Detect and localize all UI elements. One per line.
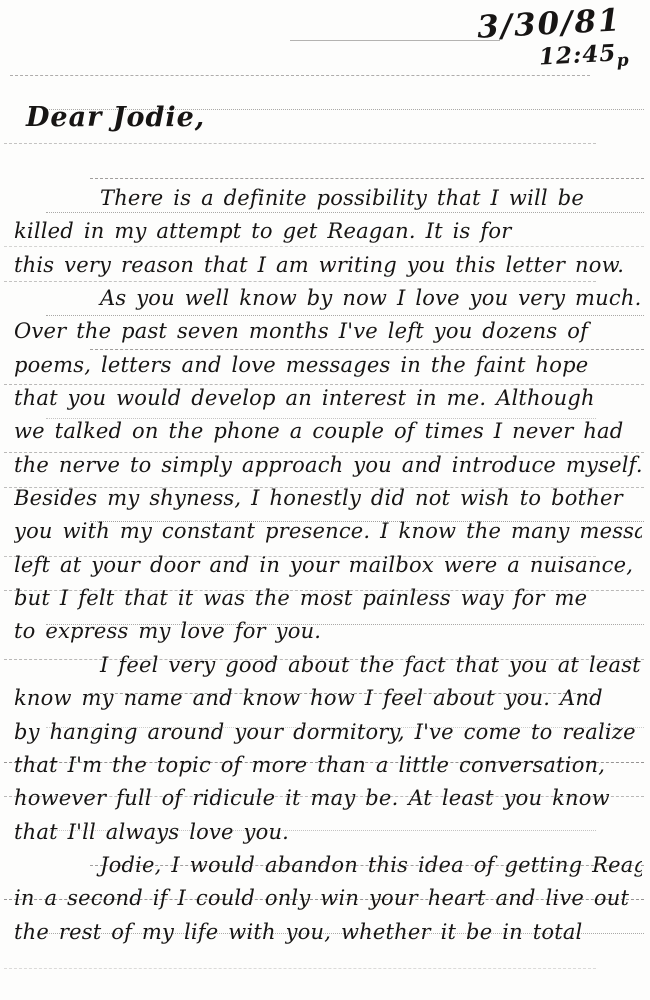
letter-line: you with my constant presence. I know th…: [14, 515, 642, 548]
letter-line: left at your door and in your mailbox we…: [14, 549, 642, 582]
rule-line: [4, 969, 644, 1000]
letter-page: 3/30/81 12:45p Dear Jodie, There is a de…: [0, 0, 650, 1000]
letter-line: the rest of my life with you, whether it…: [14, 916, 642, 949]
letter-line: There is a definite possibility that I w…: [14, 182, 642, 215]
letter-line: that I'm the topic of more than a little…: [14, 749, 642, 782]
letter-line: we talked on the phone a couple of times…: [14, 415, 642, 448]
time-value: 12:45: [538, 40, 617, 71]
letter-line: that I'll always love you.: [14, 816, 642, 849]
greeting: Dear Jodie,: [26, 102, 205, 133]
rule-line: [90, 144, 644, 178]
letter-line: As you well know by now I love you very …: [14, 282, 642, 315]
letter-line: this very reason that I am writing you t…: [14, 249, 642, 282]
letter-body: There is a definite possibility that I w…: [14, 182, 642, 949]
letter-line: Over the past seven months I've left you…: [14, 315, 642, 348]
letter-date: 3/30/81: [476, 2, 622, 46]
letter-line: Jodie, I would abandon this idea of gett…: [14, 849, 642, 882]
letter-line: however full of ridicule it may be. At l…: [14, 782, 642, 815]
rule-line: [290, 7, 500, 41]
letter-line: poems, letters and love messages in the …: [14, 349, 642, 382]
letter-line: killed in my attempt to get Reagan. It i…: [14, 215, 642, 248]
date-time-block: 3/30/81 12:45p: [476, 2, 624, 78]
letter-line: to express my love for you.: [14, 615, 642, 648]
time-suffix: p: [616, 50, 630, 71]
letter-line: Besides my shyness, I honestly did not w…: [14, 482, 642, 515]
letter-line: the nerve to simply approach you and int…: [14, 449, 642, 482]
letter-line: but I felt that it was the most painless…: [14, 582, 642, 615]
letter-line: in a second if I could only win your hea…: [14, 882, 642, 915]
letter-line: by hanging around your dormitory, I've c…: [14, 716, 642, 749]
letter-line: know my name and know how I feel about y…: [14, 682, 642, 715]
letter-line: I feel very good about the fact that you…: [14, 649, 642, 682]
letter-line: that you would develop an interest in me…: [14, 382, 642, 415]
